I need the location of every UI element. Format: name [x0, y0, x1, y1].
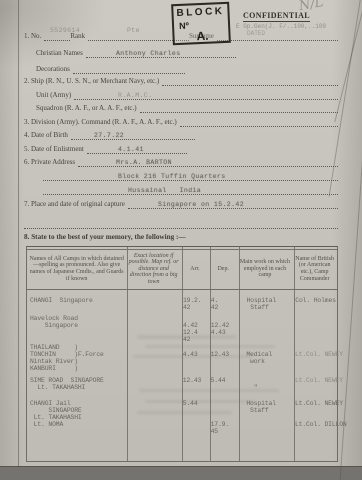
cell-arr: 4.43 — [181, 344, 209, 372]
table-header-row: Names of All Camps in which detained—spe… — [27, 249, 337, 290]
cell-dep: 12.43 — [209, 344, 238, 372]
cell-camp: Havelock Road Singapore — [27, 315, 126, 343]
cell-location — [126, 400, 181, 435]
typed-christian-names: Anthony Charles — [116, 50, 181, 57]
cell-camp: CHANGI Jail SINGAPORE Lt. TAKAHASHI Lt. … — [27, 400, 126, 435]
typed-address-line3: Hussainal India — [128, 187, 201, 194]
ink-bleed-smudge — [145, 345, 275, 348]
private-address-label: 6. Private Address — [24, 158, 75, 167]
typed-date-of-birth: 27.7.22 — [94, 132, 124, 139]
field-unit: Unit (Army) — [36, 90, 338, 100]
cell-camp: CHANGI Singapore — [27, 297, 126, 311]
dotted-line — [24, 220, 338, 229]
typed-service-number: 5529614 — [50, 27, 80, 34]
typed-address-line2: Block 216 Tuffin Quarters — [118, 173, 226, 180]
decorations-label: Decorations — [36, 65, 70, 74]
cell-work — [238, 315, 293, 343]
unit-label: Unit (Army) — [36, 91, 71, 100]
typed-capture: Singapore on 15.2.42 — [158, 201, 244, 208]
field-decorations: Decorations — [36, 64, 185, 74]
christian-names-label: Christian Names — [36, 49, 83, 58]
cell-work: Medical work — [237, 344, 292, 372]
field-date-of-enlistment: 5. Date of Enlistment — [24, 144, 187, 154]
dotted-line — [217, 32, 338, 41]
section8-title: 8. State to the best of your memory, the… — [24, 233, 186, 241]
header-dep: Dep. — [209, 249, 238, 289]
field-squadron: Squadron (R. A. F., or A. A. F., etc.) — [36, 103, 338, 113]
cell-work: Hospital Staff — [237, 400, 292, 435]
block-stamp-no: Nº — [179, 21, 189, 31]
cell-commander: Lt.Col. NEWEY — [292, 377, 337, 391]
cell-work: Hospital Staff — [238, 297, 293, 311]
ink-bleed-smudge — [139, 389, 279, 392]
cell-dep: 4. 42 — [209, 297, 238, 311]
blank-dotted-line — [24, 219, 338, 229]
table-row: CHANGI Singapore 19.2. 42 4. 42 Hospital… — [27, 297, 337, 311]
dotted-line — [73, 65, 185, 74]
date-of-enlistment-label: 5. Date of Enlistment — [24, 145, 84, 154]
cell-camp: THAILAND ) TONCHIN )F.Force Nintak River… — [27, 344, 126, 372]
typed-unit: R.A.M.C. — [118, 92, 152, 99]
division-label: 3. Division (Army). Command (R. A. F., A… — [24, 118, 177, 127]
ink-bleed-smudge — [145, 400, 255, 403]
cell-arr: 5.44 — [181, 400, 209, 435]
dotted-line — [71, 131, 195, 140]
no-label: 1. No. — [24, 32, 41, 41]
header-work: Main work on which employed in each camp — [238, 249, 293, 289]
field-private-address: 6. Private Address — [24, 157, 338, 167]
field-division: 3. Division (Army). Command (R. A. F., A… — [24, 117, 338, 127]
confidential-marking: CONFIDENTIAL — [243, 11, 310, 22]
table-row: CHANGI Jail SINGAPORE Lt. TAKAHASHI Lt. … — [27, 400, 337, 435]
cell-commander: Col. Holmes — [292, 297, 337, 311]
squadron-label: Squadron (R. A. F., or A. A. F., etc.) — [36, 104, 137, 113]
header-arr: Arr. — [181, 249, 209, 289]
dotted-line — [180, 118, 338, 127]
typed-rank: Pte — [127, 27, 140, 34]
scan-background: N/L BLOCK Nº A. CONFIDENTIAL E Gp.Gen(J.… — [0, 0, 362, 480]
dotted-line — [140, 104, 338, 113]
typed-date-of-enlistment: 4.1.41 — [118, 146, 144, 153]
dated-label: DATED — [247, 30, 265, 37]
cell-camp: SIME ROAD SINGAPORE Lt. TAKAHASHI — [27, 377, 126, 391]
ink-bleed-smudge — [133, 355, 253, 358]
cell-location — [126, 344, 181, 372]
date-of-birth-label: 4. Date of Birth — [24, 131, 68, 140]
header-location: Exact location if possible. Map ref. or … — [126, 249, 181, 289]
reference-number: E Gp.Gen(J. F/..100,..109 — [236, 23, 326, 30]
cell-commander: Lt.Col. NEWEY — [292, 344, 337, 372]
cell-commander — [292, 315, 337, 343]
ink-bleed-smudge — [137, 411, 232, 414]
field-ship: 2. Ship (R. N., U. S. N., or Merchant Na… — [24, 76, 338, 86]
dotted-line — [74, 91, 338, 100]
block-stamp: BLOCK Nº A. — [171, 2, 231, 45]
cell-commander: Lt.Col. NEWEY Lt.Col. DILLON — [292, 400, 337, 435]
typed-address-name: Mrs.A. BARTON — [116, 159, 172, 166]
dotted-line — [162, 77, 338, 86]
header-commander: Name of British (or American etc.), Camp… — [292, 249, 337, 289]
table-row: THAILAND ) TONCHIN )F.Force Nintak River… — [27, 344, 337, 372]
cell-arr: 19.2. 42 — [181, 297, 209, 311]
ship-label: 2. Ship (R. N., U. S. N., or Merchant Na… — [24, 77, 159, 86]
ink-bleed-smudge — [137, 335, 237, 339]
block-stamp-word: BLOCK — [173, 6, 227, 19]
cell-location — [126, 297, 181, 311]
camps-table: Names of All Camps in which detained—spe… — [26, 246, 338, 462]
binding-edge-line — [18, 0, 19, 467]
block-stamp-letter: A. — [196, 29, 209, 44]
capture-label: 7. Place and date of original capture — [24, 200, 125, 209]
cell-dep: 17.9. 45 — [209, 400, 238, 435]
header-camps: Names of All Camps in which detained—spe… — [27, 249, 126, 289]
